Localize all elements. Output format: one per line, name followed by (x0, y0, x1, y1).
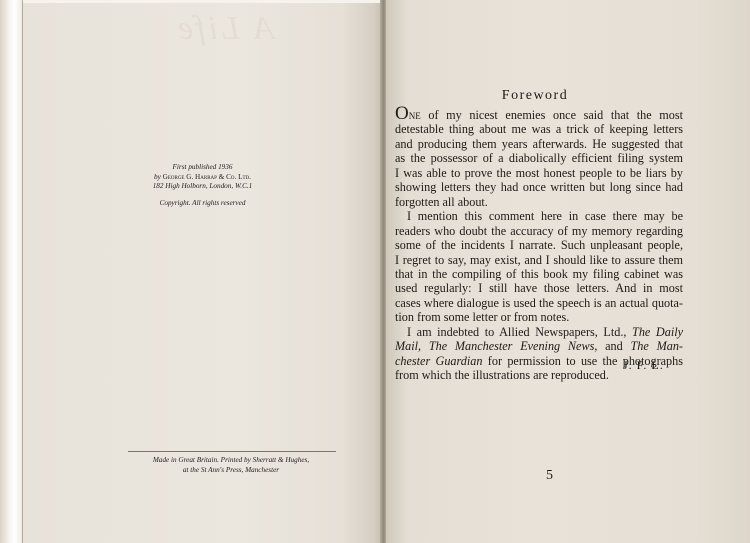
text-line: forgotten all about. (395, 195, 683, 209)
text-line: I regret to say, may exist, and I should… (395, 253, 683, 267)
copyright-notice: Copyright. All rights reserved (130, 199, 275, 209)
printer-rule-divider (128, 451, 336, 452)
drop-cap: O (395, 103, 409, 124)
printer-line-1: Made in Great Britain. Printed by Sherra… (116, 455, 346, 465)
first-published-line: First published 1936 (130, 163, 275, 173)
text-line: tion from some letter or from notes. (395, 310, 683, 324)
publisher-name: George G. Harrap & Co. Ltd. (163, 173, 251, 181)
text-line: Mail, The Manchester Evening News, and T… (395, 339, 683, 353)
publication-imprint: First published 1936 by George G. Harrap… (130, 163, 275, 208)
book-fore-edge (0, 0, 24, 543)
show-through-text: A Life (175, 10, 275, 48)
text-line: and producing them years afterwards. He … (395, 137, 683, 151)
text-line: as the possessor of a diabolically effic… (395, 151, 683, 165)
newspaper-title: The Daily (632, 325, 683, 339)
paragraph-3: I am indebted to Allied Newspapers, Ltd.… (421, 325, 683, 383)
publisher-line: by George G. Harrap & Co. Ltd. (130, 173, 275, 183)
text-line: I mention this comment here in case ther… (407, 209, 683, 223)
text-line: that in the compiling of this book my fi… (395, 267, 683, 281)
printer-line-2: at the St Ann's Press, Manchester (116, 465, 346, 475)
newspaper-title: Mail, The Manchester Evening News (395, 339, 594, 353)
text-line: cases where dialogue is used the speech … (395, 296, 683, 310)
open-book-spread: A Life First published 1936 by George G.… (0, 0, 750, 543)
text-line: some of the incidents I narrate. Such un… (395, 238, 683, 252)
printer-colophon: Made in Great Britain. Printed by Sherra… (116, 455, 346, 475)
page-number: 5 (546, 468, 553, 484)
text-line: One of my nicest enemies once said that … (395, 108, 683, 122)
paragraph-2: I mention this comment here in case ther… (421, 209, 683, 325)
newspaper-title: The Man- (631, 339, 683, 353)
text-line: I was able to prove the most honest peop… (395, 166, 683, 180)
newspaper-title: chester Guardian (395, 354, 482, 368)
publisher-address: 182 High Holborn, London, W.C.1 (130, 182, 275, 192)
foreword-body: One of my nicest enemies once said that … (421, 108, 683, 383)
author-initials: J. F. L. (623, 358, 664, 373)
text-line: showing letters they had once written bu… (395, 180, 683, 194)
text-line: used regularly: I still have those lette… (395, 281, 683, 295)
paragraph-1: One of my nicest enemies once said that … (421, 108, 683, 209)
text-line: detestable thing about me was a trick of… (395, 122, 683, 136)
text-line: readers who doubt the accuracy of my mem… (395, 224, 683, 238)
text-line: I am indebted to Allied Newspapers, Ltd.… (407, 325, 683, 339)
page-title: Foreword (395, 88, 675, 104)
